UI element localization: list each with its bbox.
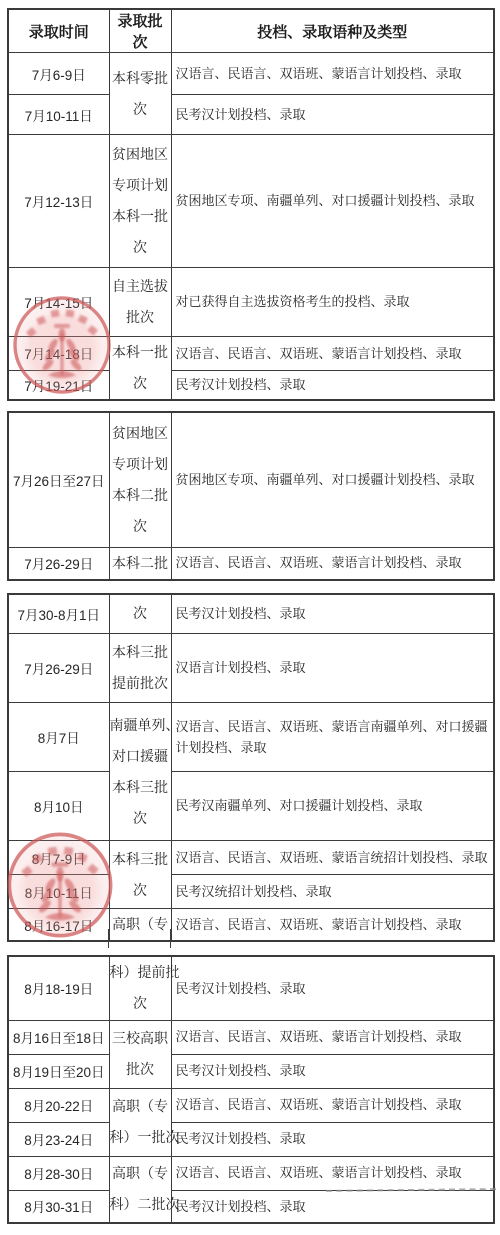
table-row: 7月14-18日本科一批 次汉语言、民语言、双语班、蒙语言计划投档、录取 <box>8 337 494 371</box>
table-row: 8月7-9日本科三批 次汉语言、民语言、双语班、蒙语言统招计划投档、录取 <box>8 841 494 875</box>
type-cell: 民考汉统招计划投档、录取 <box>171 875 494 909</box>
table-row: 8月18-19日科）提前批 次民考汉计划投档、录取 <box>8 956 494 1020</box>
type-cell: 民考汉计划投档、录取 <box>171 594 494 634</box>
time-cell: 8月16日至18日 <box>8 1020 109 1054</box>
time-cell: 8月23-24日 <box>8 1122 109 1156</box>
table-row: 8月28-30日高职（专 科）二批次汉语言、民语言、双语班、蒙语言计划投档、录取 <box>8 1156 494 1190</box>
type-cell: 民考汉计划投档、录取 <box>171 956 494 1020</box>
time-cell: 8月16-17日 <box>8 909 109 942</box>
type-cell: 汉语言、民语言、双语班、蒙语言计划投档、录取 <box>171 547 494 580</box>
batch-cell: 自主选拔 批次 <box>109 268 171 337</box>
type-cell: 民考汉计划投档、录取 <box>171 370 494 400</box>
time-cell: 8月10-11日 <box>8 875 109 909</box>
time-cell: 7月30-8月1日 <box>8 594 109 634</box>
table-row: 7月26-29日本科二批汉语言、民语言、双语班、蒙语言计划投档、录取 <box>8 547 494 580</box>
schedule-table-section-4: 8月18-19日科）提前批 次民考汉计划投档、录取8月16日至18日三校高职 批… <box>7 955 495 1224</box>
type-cell: 汉语言、民语言、双语班、蒙语言计划投档、录取 <box>171 53 494 95</box>
batch-cell: 贫困地区 专项计划 本科一批 次 <box>109 135 171 268</box>
batch-cell: 本科一批 次 <box>109 337 171 401</box>
table-row: 8月23-24日民考汉计划投档、录取 <box>8 1122 494 1156</box>
batch-cell: 本科三批 提前批次 <box>109 634 171 703</box>
type-cell: 汉语言、民语言、双语班、蒙语言南疆单列、对口援疆计划投档、录取 <box>171 703 494 772</box>
table-row: 8月20-22日高职（专 科）一批次汉语言、民语言、双语班、蒙语言计划投档、录取 <box>8 1088 494 1122</box>
type-cell: 对已获得自主选拔资格考生的投档、录取 <box>171 268 494 337</box>
type-cell: 汉语言、民语言、双语班、蒙语言计划投档、录取 <box>171 337 494 371</box>
batch-cell: 高职（专 科）二批次 <box>109 1156 171 1223</box>
batch-cell: 三校高职 批次 <box>109 1020 171 1088</box>
table-row: 8月16日至18日三校高职 批次汉语言、民语言、双语班、蒙语言计划投档、录取 <box>8 1020 494 1054</box>
type-cell: 民考汉计划投档、录取 <box>171 95 494 135</box>
time-cell: 8月30-31日 <box>8 1190 109 1223</box>
type-cell: 汉语言、民语言、双语班、蒙语言计划投档、录取 <box>171 1020 494 1054</box>
type-cell: 贫困地区专项、南疆单列、对口援疆计划投档、录取 <box>171 412 494 547</box>
table-row: 8月7日南疆单列、 对口援疆 本科三批 次汉语言、民语言、双语班、蒙语言南疆单列… <box>8 703 494 772</box>
time-cell: 7月26-29日 <box>8 547 109 580</box>
batch-cell: 本科三批 次 <box>109 841 171 909</box>
time-cell: 7月14-15日 <box>8 268 109 337</box>
schedule-table-section-2: 7月26日至27日贫困地区 专项计划 本科二批 次贫困地区专项、南疆单列、对口援… <box>7 411 495 581</box>
column-header-2: 录取批次 <box>109 9 171 53</box>
type-cell: 民考汉计划投档、录取 <box>171 1054 494 1088</box>
type-cell: 汉语言、民语言、双语班、蒙语言计划投档、录取 <box>171 909 494 942</box>
batch-cell: 科）提前批 次 <box>109 956 171 1020</box>
merged-cell-bridge <box>108 929 171 948</box>
table-row: 7月12-13日贫困地区 专项计划 本科一批 次贫困地区专项、南疆单列、对口援疆… <box>8 135 494 268</box>
table-row: 8月30-31日民考汉计划投档、录取 <box>8 1190 494 1223</box>
table-row: 7月26日至27日贫困地区 专项计划 本科二批 次贫困地区专项、南疆单列、对口援… <box>8 412 494 547</box>
type-cell: 民考汉计划投档、录取 <box>171 1190 494 1223</box>
time-cell: 7月10-11日 <box>8 95 109 135</box>
type-cell: 汉语言、民语言、双语班、蒙语言计划投档、录取 <box>171 1088 494 1122</box>
column-header-1: 录取时间 <box>8 9 109 53</box>
admission-schedule-page: { "table": { "columns": [ {"label": "录取时… <box>0 0 500 1235</box>
admission-schedule-tables: 录取时间录取批次投档、录取语种及类型7月6-9日本科零批 次汉语言、民语言、双语… <box>7 8 494 1224</box>
time-cell: 8月18-19日 <box>8 956 109 1020</box>
table-row: 8月16-17日高职（专汉语言、民语言、双语班、蒙语言计划投档、录取 <box>8 909 494 942</box>
schedule-table-section-1: 录取时间录取批次投档、录取语种及类型7月6-9日本科零批 次汉语言、民语言、双语… <box>7 8 495 401</box>
type-cell: 汉语言、民语言、双语班、蒙语言统招计划投档、录取 <box>171 841 494 875</box>
time-cell: 7月14-18日 <box>8 337 109 371</box>
time-cell: 8月7日 <box>8 703 109 772</box>
table-row: 7月10-11日民考汉计划投档、录取 <box>8 95 494 135</box>
table-row: 8月10日民考汉南疆单列、对口援疆计划投档、录取 <box>8 772 494 841</box>
time-cell: 8月28-30日 <box>8 1156 109 1190</box>
batch-cell: 高职（专 科）一批次 <box>109 1088 171 1156</box>
type-cell: 汉语言、民语言、双语班、蒙语言计划投档、录取 <box>171 1156 494 1190</box>
time-cell: 8月19日至20日 <box>8 1054 109 1088</box>
type-cell: 贫困地区专项、南疆单列、对口援疆计划投档、录取 <box>171 135 494 268</box>
table-row: 7月26-29日本科三批 提前批次汉语言计划投档、录取 <box>8 634 494 703</box>
time-cell: 7月26日至27日 <box>8 412 109 547</box>
table-row: 7月6-9日本科零批 次汉语言、民语言、双语班、蒙语言计划投档、录取 <box>8 53 494 95</box>
time-cell: 7月19-21日 <box>8 370 109 400</box>
schedule-table-section-3: 7月30-8月1日次民考汉计划投档、录取7月26-29日本科三批 提前批次汉语言… <box>7 593 495 943</box>
time-cell: 8月10日 <box>8 772 109 841</box>
batch-cell: 本科零批 次 <box>109 53 171 135</box>
column-header-3: 投档、录取语种及类型 <box>171 9 494 53</box>
time-cell: 7月26-29日 <box>8 634 109 703</box>
time-cell: 7月12-13日 <box>8 135 109 268</box>
table-row: 8月10-11日民考汉统招计划投档、录取 <box>8 875 494 909</box>
batch-cell: 南疆单列、 对口援疆 本科三批 次 <box>109 703 171 841</box>
table-row: 7月14-15日自主选拔 批次对已获得自主选拔资格考生的投档、录取 <box>8 268 494 337</box>
time-cell: 8月7-9日 <box>8 841 109 875</box>
table-row: 7月19-21日民考汉计划投档、录取 <box>8 370 494 400</box>
time-cell: 8月20-22日 <box>8 1088 109 1122</box>
type-cell: 民考汉计划投档、录取 <box>171 1122 494 1156</box>
time-cell: 7月6-9日 <box>8 53 109 95</box>
type-cell: 民考汉南疆单列、对口援疆计划投档、录取 <box>171 772 494 841</box>
type-cell: 汉语言计划投档、录取 <box>171 634 494 703</box>
table-row: 7月30-8月1日次民考汉计划投档、录取 <box>8 594 494 634</box>
batch-cell: 本科二批 <box>109 547 171 580</box>
batch-cell: 贫困地区 专项计划 本科二批 次 <box>109 412 171 547</box>
batch-cell: 次 <box>109 594 171 634</box>
table-row: 8月19日至20日民考汉计划投档、录取 <box>8 1054 494 1088</box>
